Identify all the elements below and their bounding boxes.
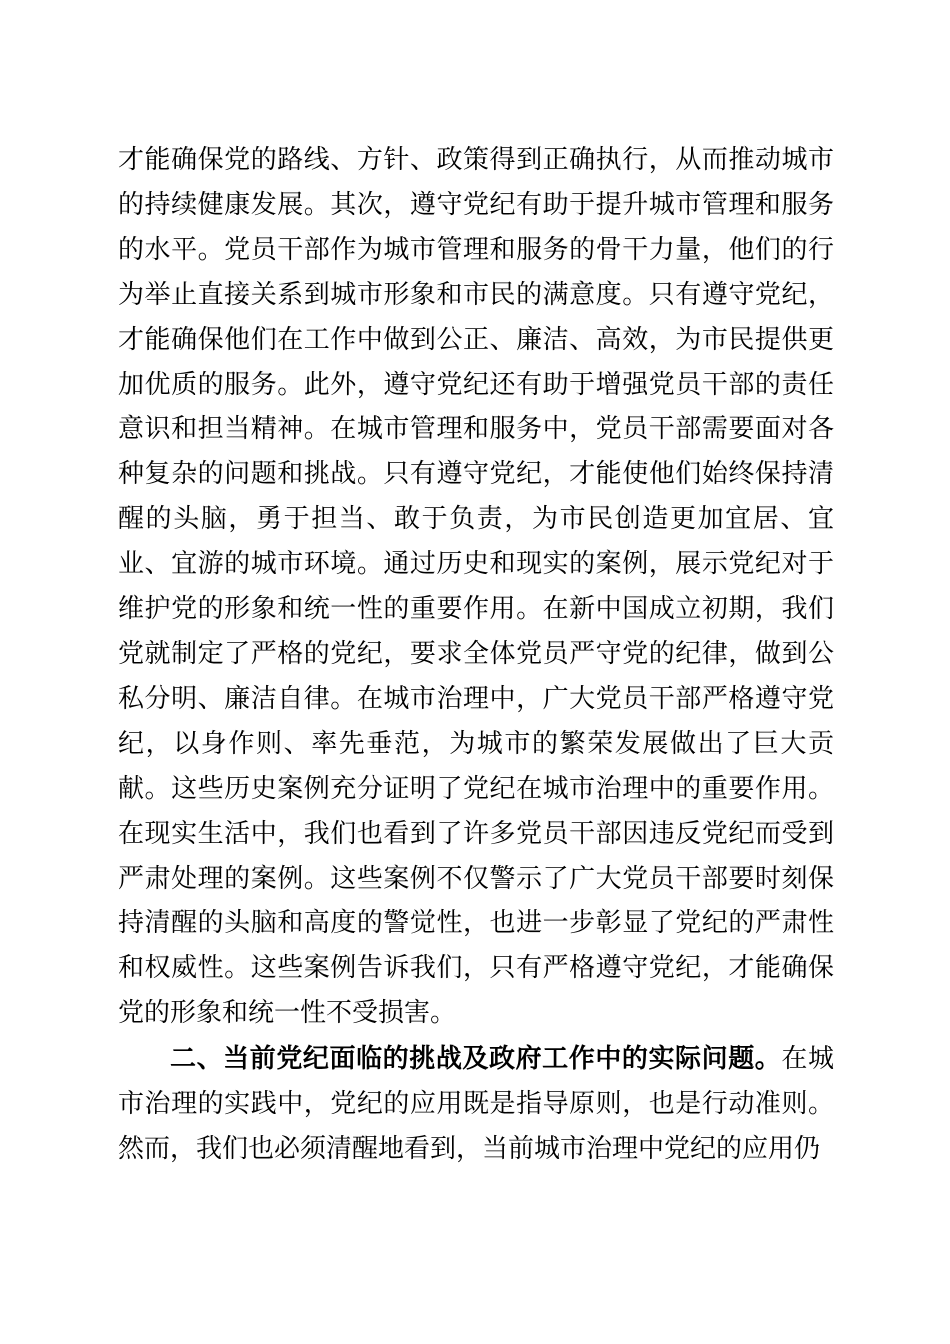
- document-page: 才能确保党的路线、方针、政策得到正确执行，从而推动城市的持续健康发展。其次，遵守…: [0, 0, 950, 1344]
- paragraph: 二、当前党纪面临的挑战及政府工作中的实际问题。在城市治理的实践中，党纪的应用既是…: [118, 1036, 834, 1172]
- paragraph-text-segment: 才能确保党的路线、方针、政策得到正确执行，从而推动城市的持续健康发展。其次，遵守…: [118, 145, 834, 1027]
- paragraph: 才能确保党的路线、方针、政策得到正确执行，从而推动城市的持续健康发展。其次，遵守…: [118, 138, 834, 1036]
- document-body: 才能确保党的路线、方针、政策得到正确执行，从而推动城市的持续健康发展。其次，遵守…: [118, 138, 834, 1172]
- paragraph-heading-segment: 二、当前党纪面临的挑战及政府工作中的实际问题。: [170, 1043, 781, 1073]
